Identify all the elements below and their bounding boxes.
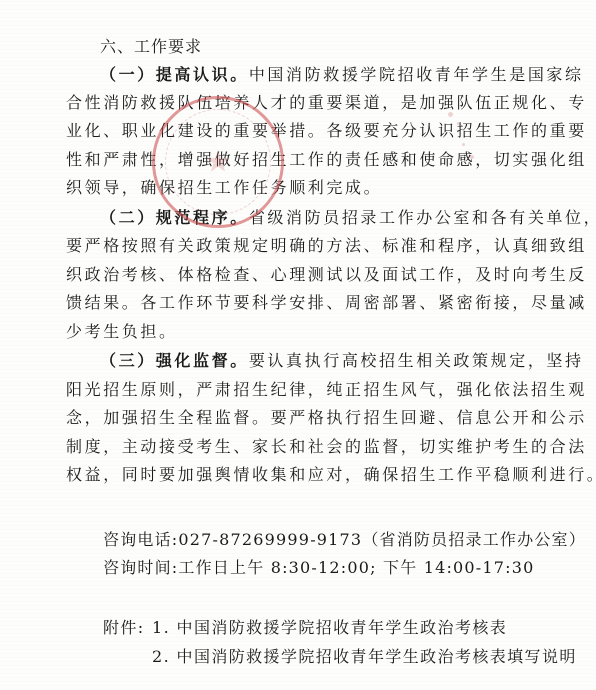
item-1-line: 织领导，确保招生工作任务顺利完成。 — [66, 178, 382, 198]
contact-hours-label: 咨询时间: — [103, 558, 178, 577]
attachment-item-2: 2. 中国消防救援学院招收青年学生政治考核表填写说明 — [152, 647, 577, 667]
item-1-text: 中国消防救援学院招收青年学生是国家综 — [249, 65, 584, 84]
attachment-item-1: 1. 中国消防救援学院招收青年学生政治考核表 — [152, 618, 507, 638]
contact-phone-line: 咨询电话:027-87269999-9173（省消防员招录工作办公室） — [103, 530, 586, 550]
contact-phone-label: 咨询电话: — [103, 530, 178, 549]
item-2-line: 要严格按照有关政策规定明确的方法、标准和程序，认真细致组 — [66, 236, 587, 256]
attachments-label: 附件: — [103, 618, 145, 638]
item-3-line: 权益，同时要加强舆情收集和应对，确保招生工作平稳顺利进行。 — [66, 465, 596, 485]
item-3-label: （三）强化监督。 — [100, 351, 249, 370]
document-page: 六、工作要求 （一）提高认识。中国消防救援学院招收青年学生是国家综 合性消防救援… — [0, 0, 596, 690]
item-1-label: （一）提高认识。 — [100, 65, 249, 84]
item-1-line: 性和严肃性，增强做好招生工作的责任感和使命感，切实强化组 — [66, 150, 587, 170]
item-3-first-line: （三）强化监督。要认真执行高校招生相关政策规定，坚持 — [100, 351, 584, 371]
item-2-text: 省级消防员招录工作办公室和各有关单位， — [249, 208, 596, 227]
contact-phone-value: 027-87269999-9173（省消防员招录工作办公室） — [178, 530, 586, 549]
item-1-first-line: （一）提高认识。中国消防救援学院招收青年学生是国家综 — [100, 65, 584, 85]
item-2-line: 馈结果。各工作环节要科学安排、周密部署、紧密衔接，尽量减 — [66, 293, 587, 313]
contact-hours-line: 咨询时间:工作日上午 8:30-12:00; 下午 14:00-17:30 — [103, 558, 535, 578]
item-3-line: 阳光招生原则，严肃招生纪律，纯正招生风气，强化依法招生观 — [66, 380, 587, 400]
section-heading: 六、工作要求 — [100, 37, 202, 57]
item-1-line: 合性消防救援队伍培养人才的重要渠道，是加强队伍正规化、专 — [66, 93, 587, 113]
item-2-line: 少考生负担。 — [66, 322, 178, 342]
contact-hours-value: 工作日上午 8:30-12:00; 下午 14:00-17:30 — [178, 558, 534, 577]
item-2-label: （二）规范程序。 — [100, 208, 249, 227]
item-3-line: 制度，主动接受考生、家长和社会的监督，切实维护考生的合法 — [66, 437, 587, 457]
item-3-text: 要认真执行高校招生相关政策规定，坚持 — [249, 351, 584, 370]
item-1-line: 业化、职业化建设的重要举措。各级要充分认识招生工作的重要 — [66, 121, 587, 141]
item-2-first-line: （二）规范程序。省级消防员招录工作办公室和各有关单位， — [100, 208, 596, 228]
item-2-line: 织政治考核、体格检查、心理测试以及面试工作，及时向考生反 — [66, 265, 587, 285]
stamp-smudge — [462, 143, 465, 146]
item-3-line: 念，加强招生全程监督。要严格执行招生回避、信息公开和公示 — [66, 408, 587, 428]
